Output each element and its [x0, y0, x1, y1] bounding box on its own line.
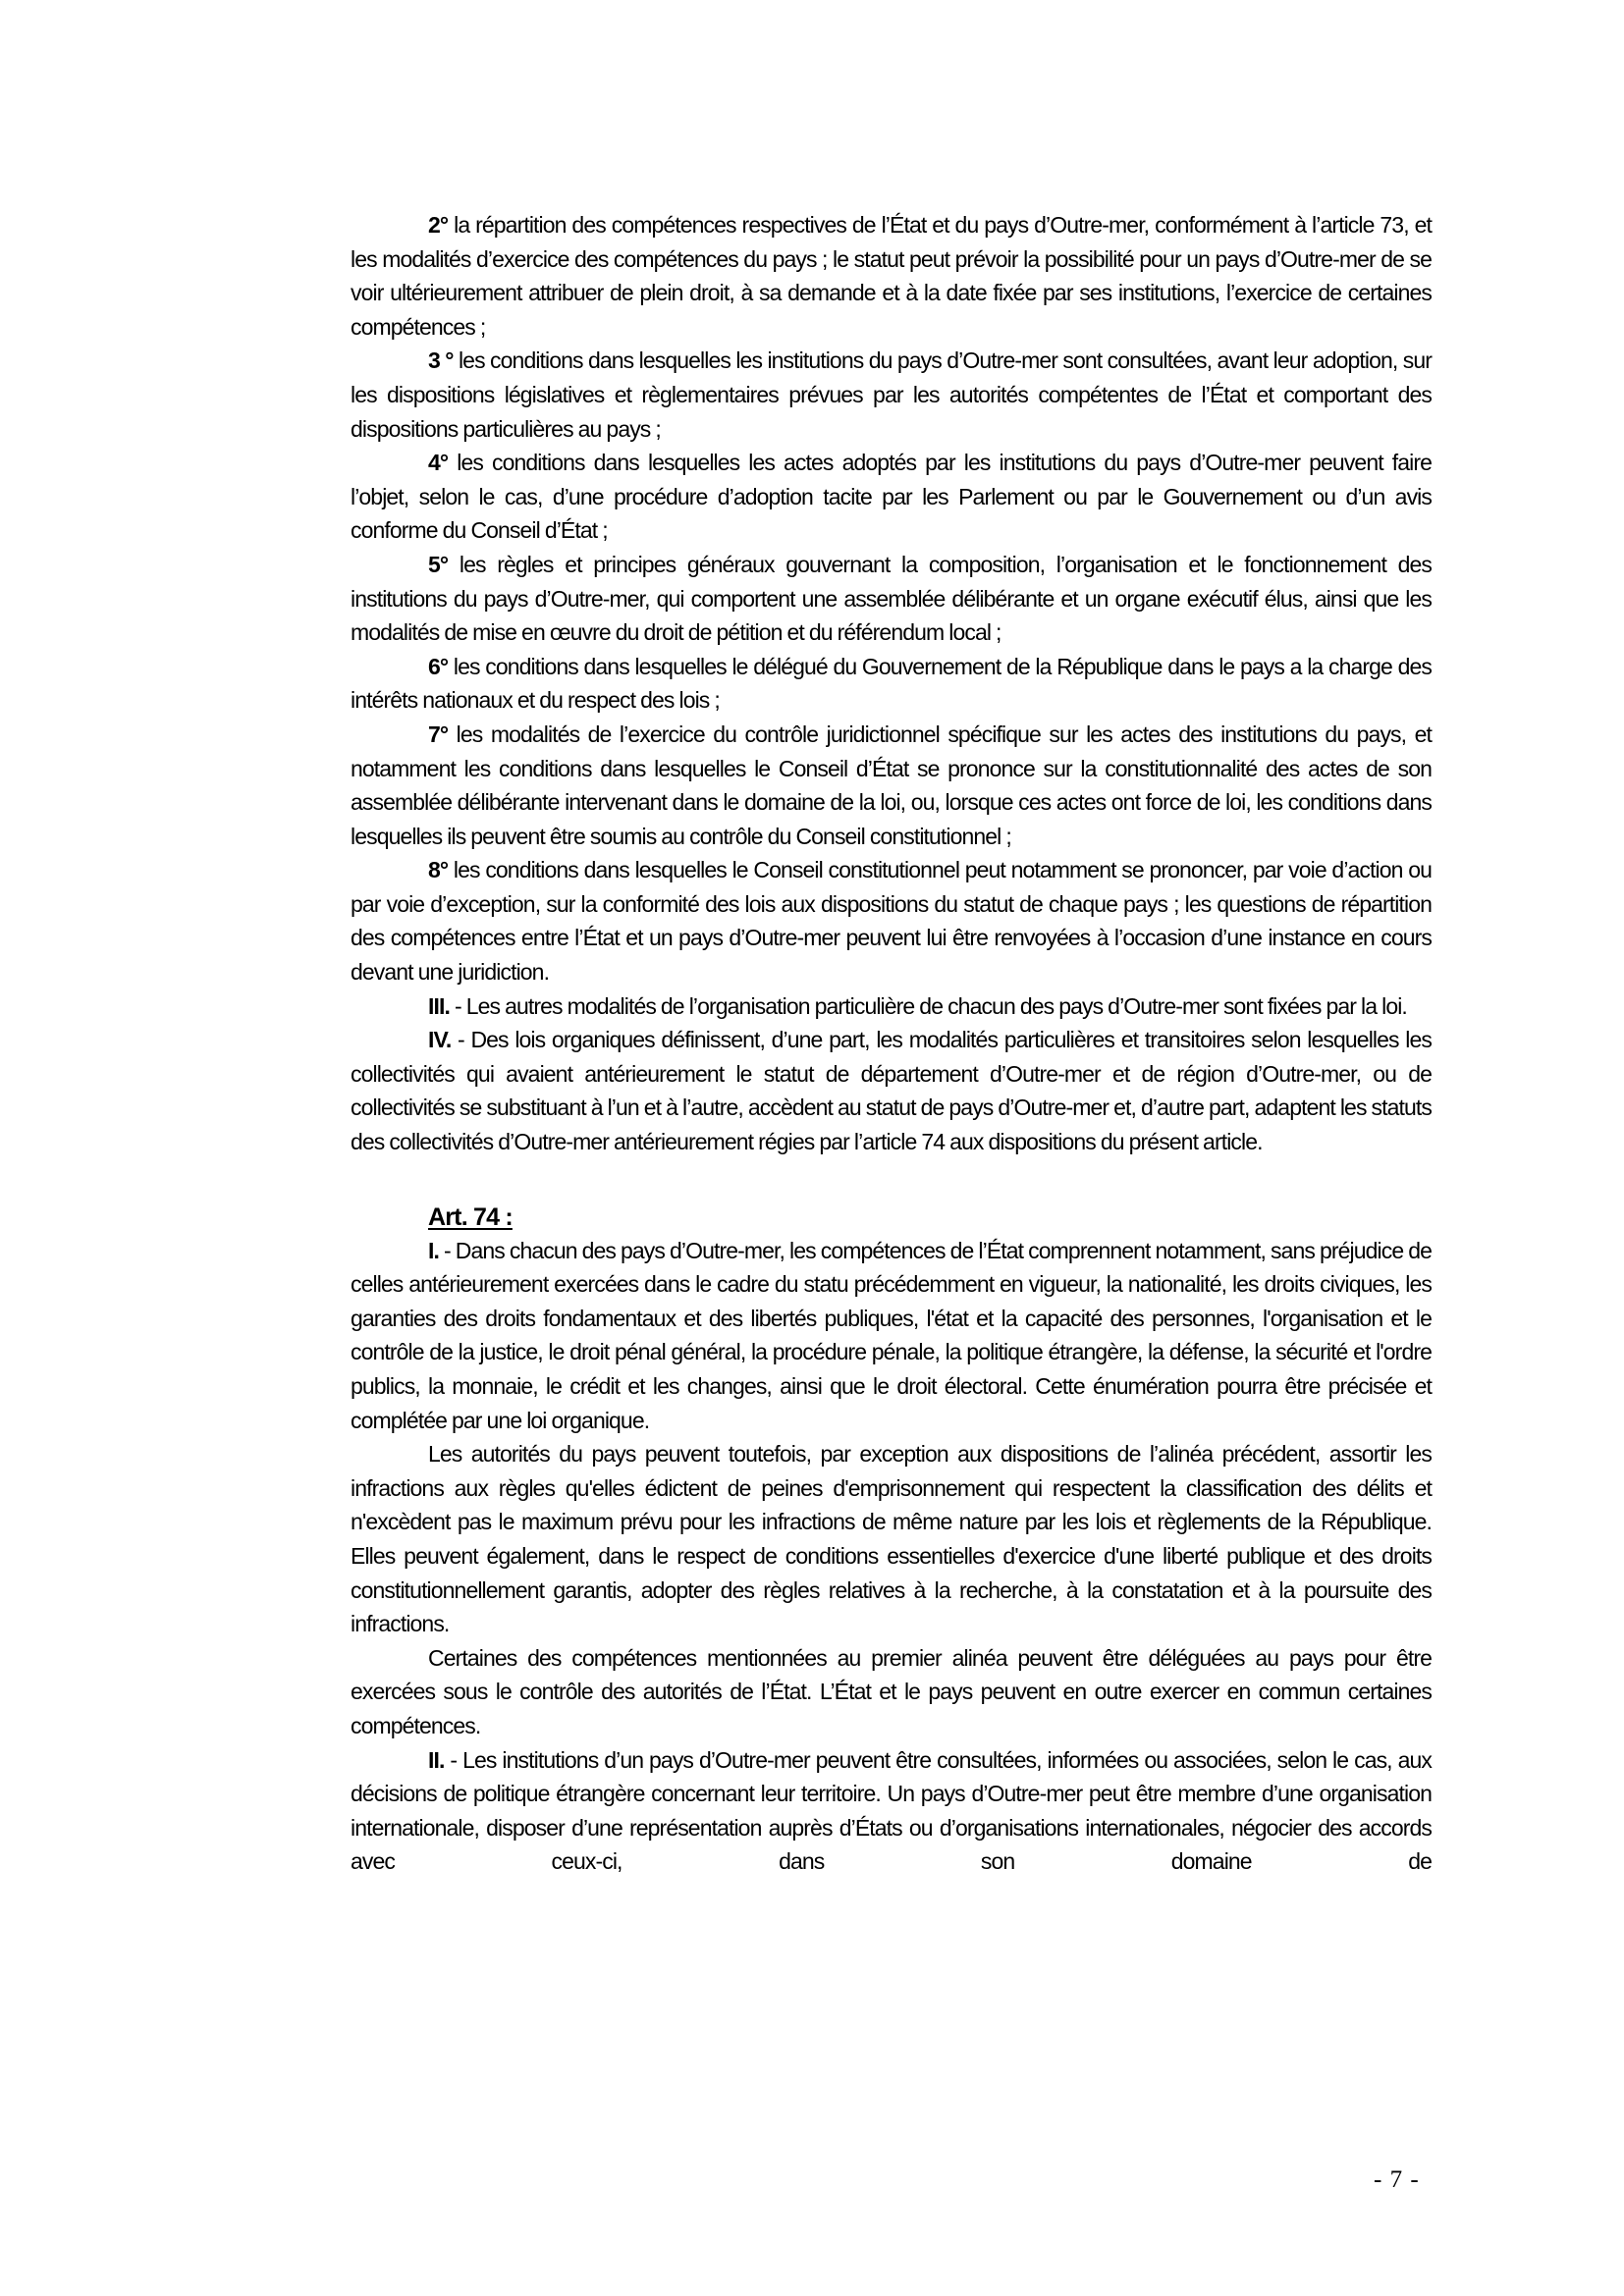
item-4-paragraph: 4° les conditions dans lesquelles les ac…: [351, 446, 1432, 548]
section-text: - Les autres modalités de l’organisation…: [450, 993, 1407, 1019]
item-text: la répartition des compétences respectiv…: [351, 212, 1432, 340]
section-III-paragraph: III. - Les autres modalités de l’organis…: [351, 989, 1432, 1024]
item-2-paragraph: 2° la répartition des compétences respec…: [351, 208, 1432, 344]
section-marker: II.: [428, 1747, 444, 1773]
section-spacer: [351, 1159, 1432, 1193]
section-text: - Des lois organiques définissent, d’une…: [351, 1027, 1432, 1154]
item-5-paragraph: 5° les règles et principes généraux gouv…: [351, 548, 1432, 650]
item-marker: 2°: [428, 212, 448, 238]
item-text: les modalités de l’exercice du contrôle …: [351, 721, 1432, 849]
item-text: les conditions dans lesquelles les insti…: [351, 347, 1432, 441]
document-page: 2° la répartition des compétences respec…: [351, 208, 1432, 1879]
paragraph-text: Certaines des compétences mentionnées au…: [351, 1645, 1432, 1738]
section-text: - Dans chacun des pays d’Outre-mer, les …: [351, 1238, 1432, 1433]
article-74-paragraph: Certaines des compétences mentionnées au…: [351, 1641, 1432, 1743]
section-IV-paragraph: IV. - Des lois organiques définissent, d…: [351, 1023, 1432, 1158]
item-6-paragraph: 6° les conditions dans lesquelles le dél…: [351, 650, 1432, 718]
item-marker: 4°: [428, 450, 448, 475]
item-text: les conditions dans lesquelles les actes…: [351, 450, 1432, 543]
item-text: les règles et principes généraux gouvern…: [351, 552, 1432, 645]
item-text: les conditions dans lesquelles le Consei…: [351, 857, 1432, 985]
section-text: - Les institutions d’un pays d’Outre-mer…: [351, 1747, 1432, 1875]
article-74-section-I: I. - Dans chacun des pays d’Outre-mer, l…: [351, 1234, 1432, 1438]
section-marker: I.: [428, 1238, 439, 1263]
item-8-paragraph: 8° les conditions dans lesquelles le Con…: [351, 853, 1432, 988]
article-74-paragraph: Les autorités du pays peuvent toutefois,…: [351, 1437, 1432, 1641]
item-3-paragraph: 3 ° les conditions dans lesquelles les i…: [351, 344, 1432, 446]
item-marker: 6°: [428, 654, 448, 679]
item-marker: 5°: [428, 552, 448, 577]
section-marker: III.: [428, 993, 450, 1019]
paragraph-text: Les autorités du pays peuvent toutefois,…: [351, 1441, 1432, 1636]
page-number: - 7 -: [1374, 2166, 1420, 2194]
section-marker: IV.: [428, 1027, 451, 1052]
item-marker: 7°: [428, 721, 448, 747]
item-text: les conditions dans lesquelles le délégu…: [351, 654, 1432, 714]
item-7-paragraph: 7° les modalités de l’exercice du contrô…: [351, 718, 1432, 853]
item-marker: 8°: [428, 857, 448, 882]
article-74-section-II: II. - Les institutions d’un pays d’Outre…: [351, 1743, 1432, 1879]
article-74-heading: Art. 74 :: [428, 1193, 1432, 1234]
item-marker: 3 °: [428, 347, 454, 373]
